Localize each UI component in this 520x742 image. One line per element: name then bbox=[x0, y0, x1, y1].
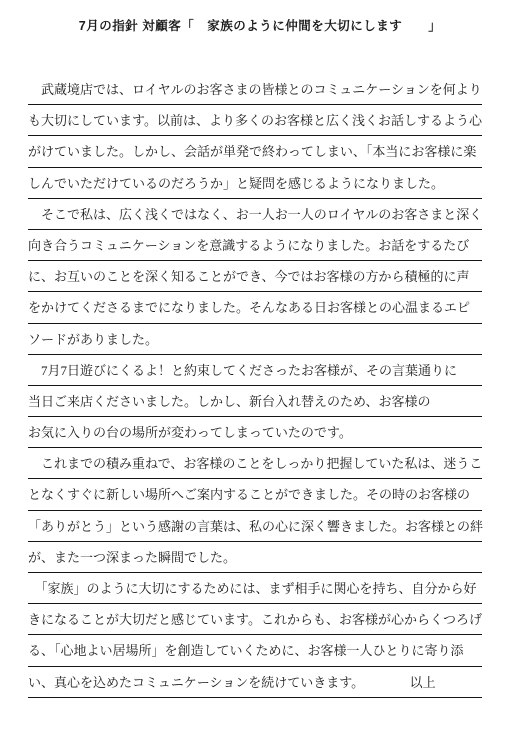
body-line: きになることが大切だと感じています。これからも、お客様が心からくつろげ bbox=[28, 604, 482, 635]
body-line: る、「心地よい居場所」を創造していくために、お客様一人ひとりに寄り添 bbox=[28, 635, 482, 666]
body-line: 当日ご来店くださいました。しかし、新台入れ替えのため、お客様の bbox=[28, 386, 482, 417]
body-line: これまでの積み重ねで、お客様のことをしっかり把握していた私は、迷うこ bbox=[28, 448, 482, 479]
body-line: をかけてくださるまでになりました。そんなある日お客様との心温まるエピ bbox=[28, 292, 482, 323]
body-line: 「ありがとう」という感謝の言葉は、私の心に深く響きました。お客様との絆 bbox=[28, 511, 482, 542]
document-title: 7月の指針 対顧客「 家族のように仲間を大切にします 」 bbox=[0, 16, 520, 34]
body-line: 「家族」のように大切にするためには、まず相手に関心を持ち、自分から好 bbox=[28, 573, 482, 604]
body-line: お気に入りの台の場所が変わってしまっていたのです。 bbox=[28, 417, 482, 448]
body-line: 向き合うコミュニケーションを意識するようになりました。お話をするたび bbox=[28, 230, 482, 261]
body-line: そこで私は、広く浅くではなく、お一人お一人のロイヤルのお客さまと深く bbox=[28, 199, 482, 230]
body-line: ソードがありました。 bbox=[28, 324, 482, 355]
body-line: がけていました。しかし、会話が単発で終わってしまい、「本当にお客様に楽 bbox=[28, 136, 482, 167]
body-line: 7月7日遊びにくるよ！と約束してくださったお客様が、その言葉通りに bbox=[28, 355, 482, 386]
body-line: 武蔵境店では、ロイヤルのお客さまの皆様とのコミュニケーションを何より bbox=[28, 74, 482, 105]
body-line: も大切にしています。以前は、より多くのお客様と広く浅くお話しするよう心 bbox=[28, 105, 482, 136]
body-line: い、真心を込めたコミュニケーションを続けていきます。 以上 bbox=[28, 667, 482, 698]
document-body: 武蔵境店では、ロイヤルのお客さまの皆様とのコミュニケーションを何よりも大切にして… bbox=[28, 74, 482, 698]
body-line: が、また一つ深まった瞬間でした。 bbox=[28, 542, 482, 573]
document-page: 7月の指針 対顧客「 家族のように仲間を大切にします 」 武蔵境店では、ロイヤル… bbox=[0, 0, 520, 742]
body-line: しんでいただけているのだろうか」と疑問を感じるようになりました。 bbox=[28, 168, 482, 199]
body-line: となくすぐに新しい場所へご案内することができました。その時のお客様の bbox=[28, 479, 482, 510]
body-line: に、お互いのことを深く知ることができ、今ではお客様の方から積極的に声 bbox=[28, 261, 482, 292]
